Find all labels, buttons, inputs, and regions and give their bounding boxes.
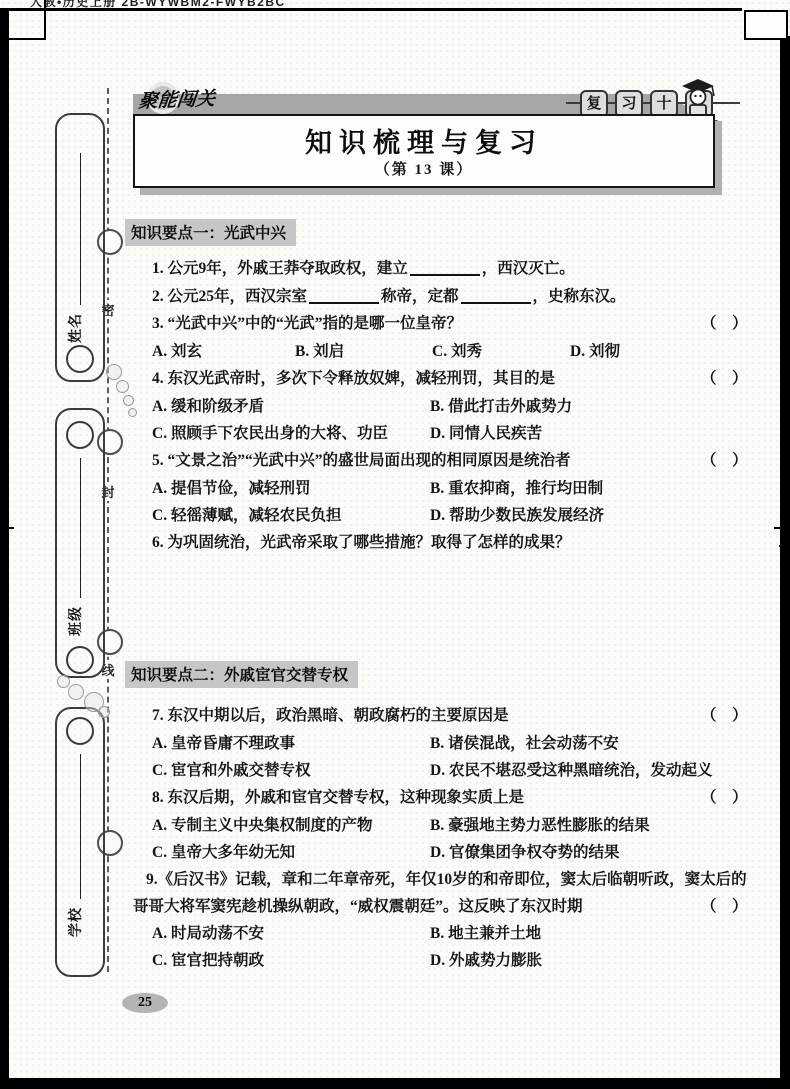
question-text: 1. 公元9年，外戚王莽夺取政权，建立 bbox=[152, 260, 408, 277]
option-a: A. 皇帝昏庸不理政事 bbox=[152, 731, 295, 753]
option-c: C. 轻徭薄赋，减轻农民负担 bbox=[152, 503, 341, 525]
section-heading-1: 知识要点一：光武中兴 bbox=[125, 219, 296, 246]
option-d: D. 帮助少数民族发展经济 bbox=[430, 503, 604, 525]
lesson-subtitle: （第 13 课） bbox=[135, 158, 713, 179]
option-a: A. 时局动荡不安 bbox=[152, 921, 264, 943]
write-line bbox=[80, 458, 81, 598]
question-8: 8. 东汉后期，外戚和宦官交替专权，这种现象实质上是 （ ） bbox=[0, 785, 790, 807]
page-number-badge: 25 bbox=[122, 993, 168, 1013]
option-b: B. 诸侯混战，社会动荡不安 bbox=[430, 731, 619, 753]
field-box-school: 学校 bbox=[55, 707, 105, 977]
frame-right-bar bbox=[780, 36, 790, 1089]
option-a: A. 专制主义中央集权制度的产物 bbox=[152, 813, 372, 835]
crop-mark-top-right bbox=[744, 10, 788, 40]
trim-tick bbox=[774, 527, 790, 529]
option-b: B. 地主兼并土地 bbox=[430, 921, 541, 943]
question-7: 7. 东汉中期以后，政治黑暗、朝政腐朽的主要原因是 （ ） bbox=[0, 703, 790, 725]
option-a: A. 提倡节俭，减轻刑罚 bbox=[152, 476, 310, 498]
page-title: 知识梳理与复习 bbox=[135, 121, 713, 160]
option-d: D. 农民不堪忍受这种黑暗统治，发动起义 bbox=[430, 758, 712, 780]
option-b: B. 豪强地主势力恶性膨胀的结果 bbox=[430, 813, 650, 835]
bubble-decoration bbox=[57, 675, 70, 688]
question-9-line-2: 哥哥大将军窦宪趁机操纵朝政，“威权震朝廷”。这反映了东汉时期 （ ） bbox=[0, 894, 790, 916]
section-heading-2: 知识要点二：外戚宦官交替专权 bbox=[125, 661, 358, 688]
field-label-class: 班级 bbox=[65, 606, 95, 636]
bubble-decoration bbox=[123, 395, 134, 406]
answer-bracket: （ ） bbox=[701, 894, 748, 916]
punch-circle bbox=[66, 421, 94, 449]
option-a: A. 刘玄 bbox=[152, 339, 202, 361]
question-1: 1. 公元9年，外戚王莽夺取政权，建立，西汉灭亡。 bbox=[0, 256, 790, 278]
trim-tick bbox=[0, 527, 14, 529]
option-d: D. 官僚集团争权夺势的结果 bbox=[430, 840, 619, 862]
option-c: C. 宦官和外戚交替专权 bbox=[152, 758, 310, 780]
frame-top-line bbox=[0, 8, 742, 11]
question-9-line-1: 9.《后汉书》记载，章和二年章帝死，年仅10岁的和帝即位，窦太后临朝听政，窦太后… bbox=[0, 867, 790, 889]
question-text: ，西汉灭亡。 bbox=[482, 260, 575, 277]
option-c: C. 照顾手下农民出身的大将、功臣 bbox=[152, 421, 388, 443]
answer-bracket: （ ） bbox=[701, 785, 748, 807]
write-line bbox=[80, 153, 81, 305]
question-2: 2. 公元25年，西汉宗室称帝，定都，史称东汉。 bbox=[0, 284, 790, 306]
bubble-decoration bbox=[68, 684, 84, 700]
series-logo: 聚能闯关 bbox=[137, 84, 216, 114]
option-d: D. 刘彻 bbox=[570, 339, 620, 361]
question-5: 5. “文景之治”“光武中兴”的盛世局面出现的相同原因是统治者 （ ） bbox=[0, 448, 790, 470]
option-c: C. 宦官把持朝政 bbox=[152, 948, 264, 970]
option-d: D. 同情人民疾苦 bbox=[430, 421, 542, 443]
option-b: B. 刘启 bbox=[295, 339, 344, 361]
bubble-decoration bbox=[128, 408, 137, 417]
crop-mark-top-left bbox=[0, 0, 46, 40]
fill-blank bbox=[410, 259, 480, 277]
answer-bracket: （ ） bbox=[701, 311, 748, 333]
option-c: C. 皇帝大多年幼无知 bbox=[152, 840, 295, 862]
fill-blank bbox=[309, 287, 379, 305]
frame-bottom-bar bbox=[0, 1078, 790, 1089]
question-6: 6. 为巩固统治，光武帝采取了哪些措施？取得了怎样的成果？ bbox=[0, 530, 790, 552]
title-box: 知识梳理与复习 （第 13 课） bbox=[133, 114, 715, 188]
option-d: D. 外戚势力膨胀 bbox=[430, 948, 542, 970]
fill-blank bbox=[461, 287, 531, 305]
option-b: B. 重农抑商，推行均田制 bbox=[430, 476, 603, 498]
field-box-name: 姓名 bbox=[55, 113, 105, 382]
answer-bracket: （ ） bbox=[701, 366, 748, 388]
question-text: 称帝，定都 bbox=[381, 288, 459, 305]
question-3: 3. “光武中兴”中的“光武”指的是哪一位皇帝？ （ ） bbox=[0, 311, 790, 333]
question-text: ，史称东汉。 bbox=[533, 288, 626, 305]
question-text: 2. 公元25年，西汉宗室 bbox=[152, 288, 307, 305]
worksheet-page: 人教•历史上册 2B-WYWBM2-FWYB2BC 聚能闯关 复 习 十 三 知… bbox=[0, 0, 790, 1089]
option-b: B. 借此打击外戚势力 bbox=[430, 394, 572, 416]
question-4: 4. 东汉光武帝时，多次下令释放奴婢，减轻刑罚，其目的是 （ ） bbox=[0, 366, 790, 388]
option-a: A. 缓和阶级矛盾 bbox=[152, 394, 264, 416]
option-c: C. 刘秀 bbox=[432, 339, 482, 361]
punch-circle bbox=[66, 646, 94, 674]
answer-bracket: （ ） bbox=[701, 448, 748, 470]
answer-bracket: （ ） bbox=[701, 703, 748, 725]
